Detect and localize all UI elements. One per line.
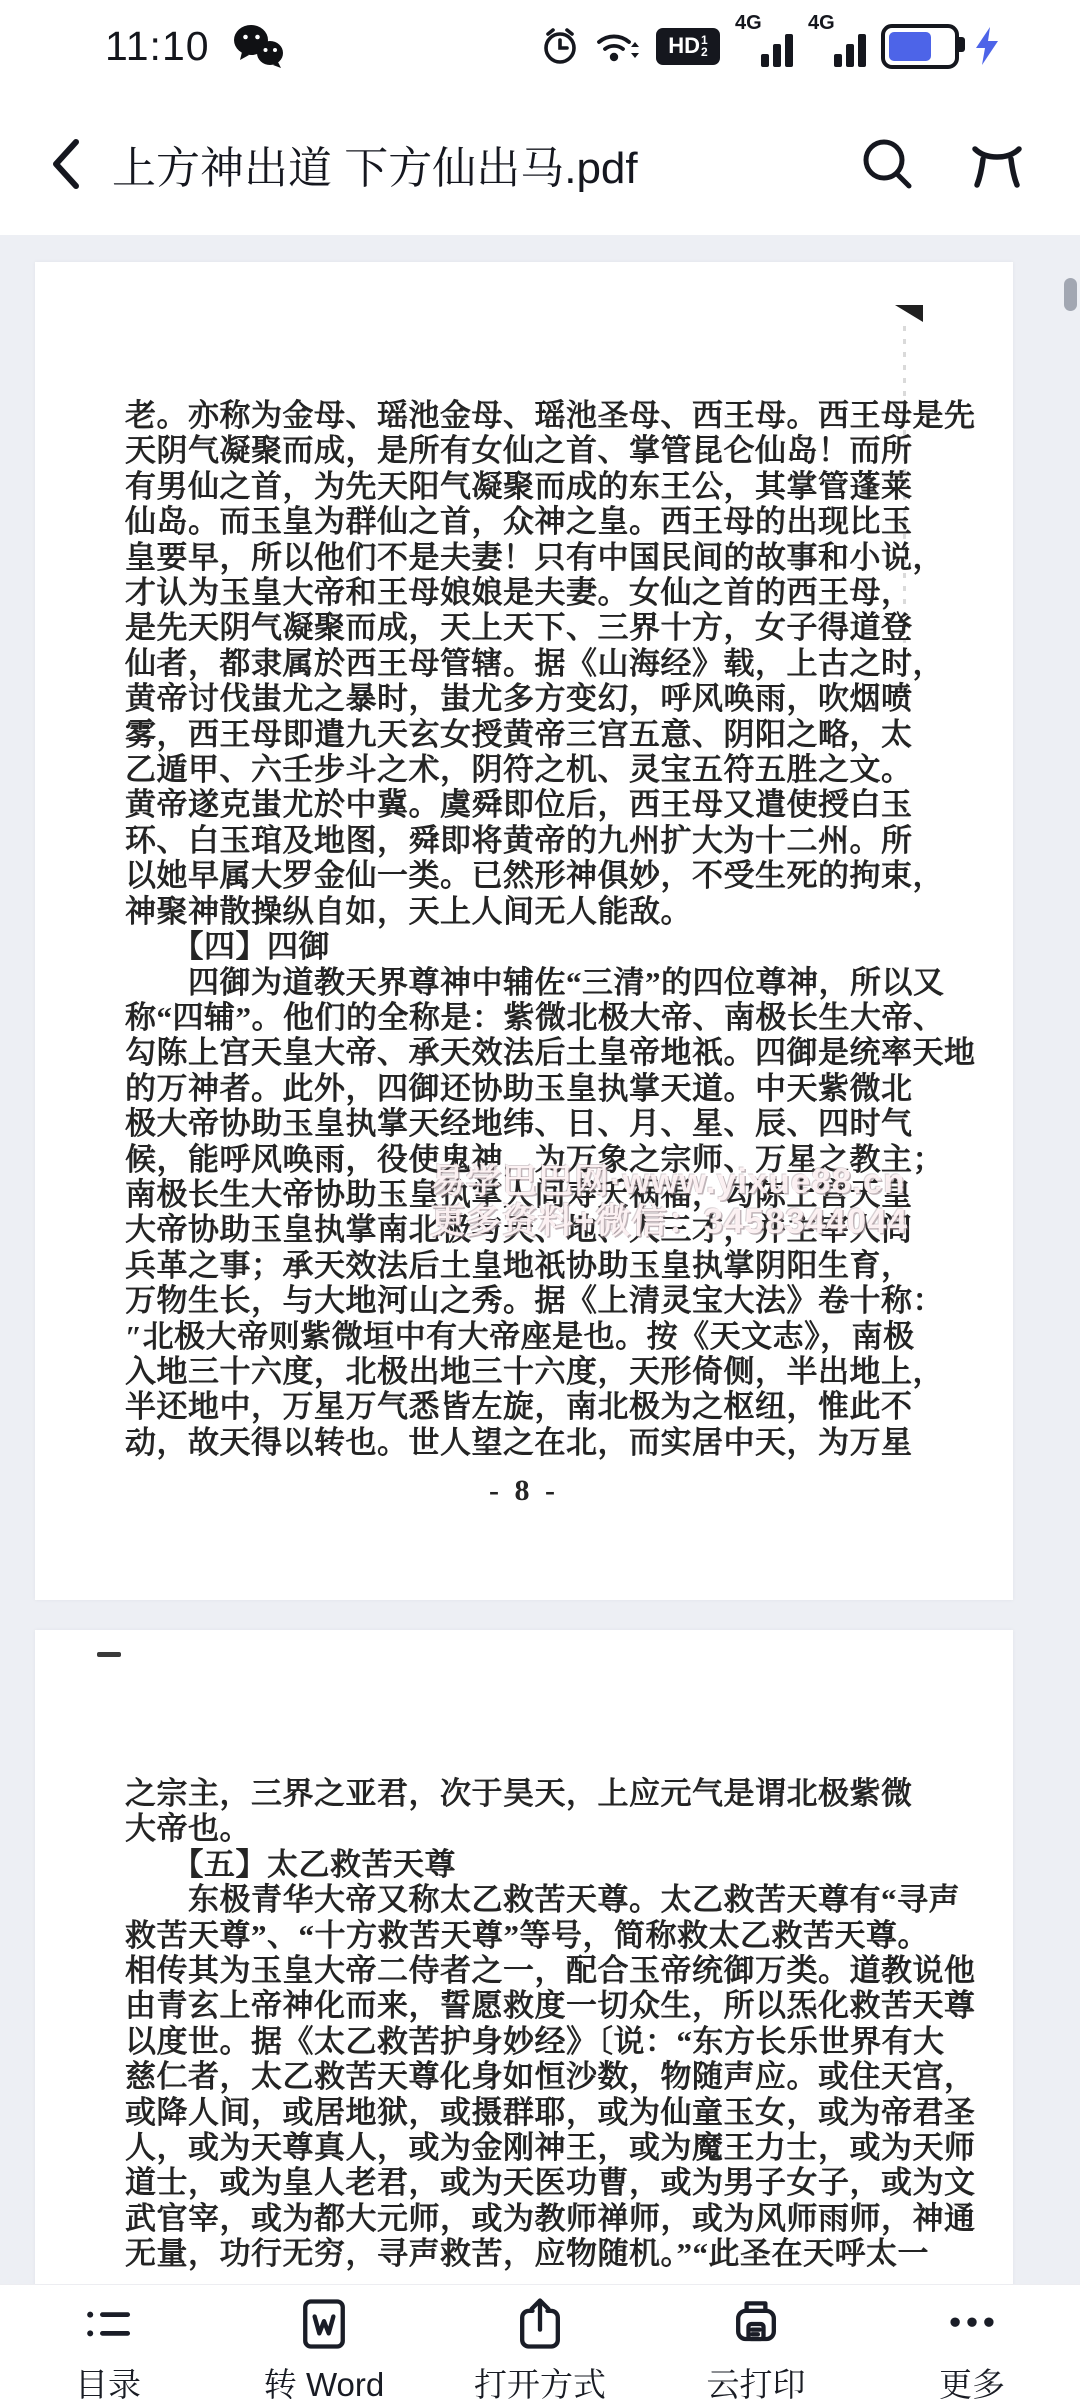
page-8-text: 老。亦称为金母、瑶池金母、瑶池圣母、西王母。西王母是先 天阴气凝聚而成，是所有女… <box>35 262 1013 1460</box>
status-bar: 11:10 <box>0 0 1080 92</box>
toc-list-icon <box>78 2293 138 2355</box>
alarm-clock-icon <box>540 26 580 66</box>
volte-hd-icon: HD 1 2 <box>656 28 720 65</box>
open-with-button[interactable]: 打开方式 <box>432 2285 648 2400</box>
more-button[interactable]: 更多 <box>864 2285 1080 2400</box>
charging-bolt-icon <box>974 27 1000 65</box>
page-number: - 8 - <box>35 1474 1013 1508</box>
more-dots-icon <box>942 2293 1002 2355</box>
page-9-text: 之宗主，三界之亚君，次于昊天，上应元气是谓北极紫微 大帝也。 【五】太乙救苦天尊… <box>35 1630 1013 2272</box>
bottom-toolbar: 目录 转 Word 打开方式 <box>0 2284 1080 2400</box>
scan-artifact-dash <box>97 1652 121 1657</box>
toc-label: 目录 <box>75 2359 141 2400</box>
open-with-label: 打开方式 <box>474 2359 606 2400</box>
scan-artifact-triangle <box>895 305 923 322</box>
pdf-scroll-area[interactable]: 老。亦称为金母、瑶池金母、瑶池圣母、西王母。西王母是先 天阴气凝聚而成，是所有女… <box>0 235 1080 2285</box>
cloud-print-label: 云打印 <box>707 2359 806 2400</box>
signal-4g-sim1-icon: 4G <box>735 25 793 67</box>
tools-icon[interactable] <box>969 135 1025 193</box>
app-header: 上方神出道 下方仙出马.pdf <box>0 92 1080 235</box>
toc-button[interactable]: 目录 <box>0 2285 216 2400</box>
wechat-notification-icon <box>232 23 284 69</box>
scan-artifact-scratch <box>903 326 906 656</box>
cloud-print-icon <box>726 2293 786 2355</box>
document-title: 上方神出道 下方仙出马.pdf <box>112 132 638 196</box>
scrollbar-thumb[interactable] <box>1064 278 1077 311</box>
battery-icon <box>881 24 959 69</box>
clock-time: 11:10 <box>105 23 210 70</box>
wifi-icon <box>595 27 641 65</box>
cloud-print-button[interactable]: 云打印 <box>648 2285 864 2400</box>
signal-4g-sim2-icon: 4G <box>808 25 866 67</box>
back-button[interactable] <box>48 134 84 194</box>
convert-word-icon <box>294 2293 354 2355</box>
convert-word-button[interactable]: 转 Word <box>216 2285 432 2400</box>
convert-word-label: 转 Word <box>264 2359 384 2400</box>
search-icon[interactable] <box>859 135 917 193</box>
pdf-page-8: 老。亦称为金母、瑶池金母、瑶池圣母、西王母。西王母是先 天阴气凝聚而成，是所有女… <box>35 262 1013 1600</box>
pdf-page-9: 之宗主，三界之亚君，次于昊天，上应元气是谓北极紫微 大帝也。 【五】太乙救苦天尊… <box>35 1630 1013 2285</box>
open-with-icon <box>510 2293 570 2355</box>
more-label: 更多 <box>939 2359 1005 2400</box>
